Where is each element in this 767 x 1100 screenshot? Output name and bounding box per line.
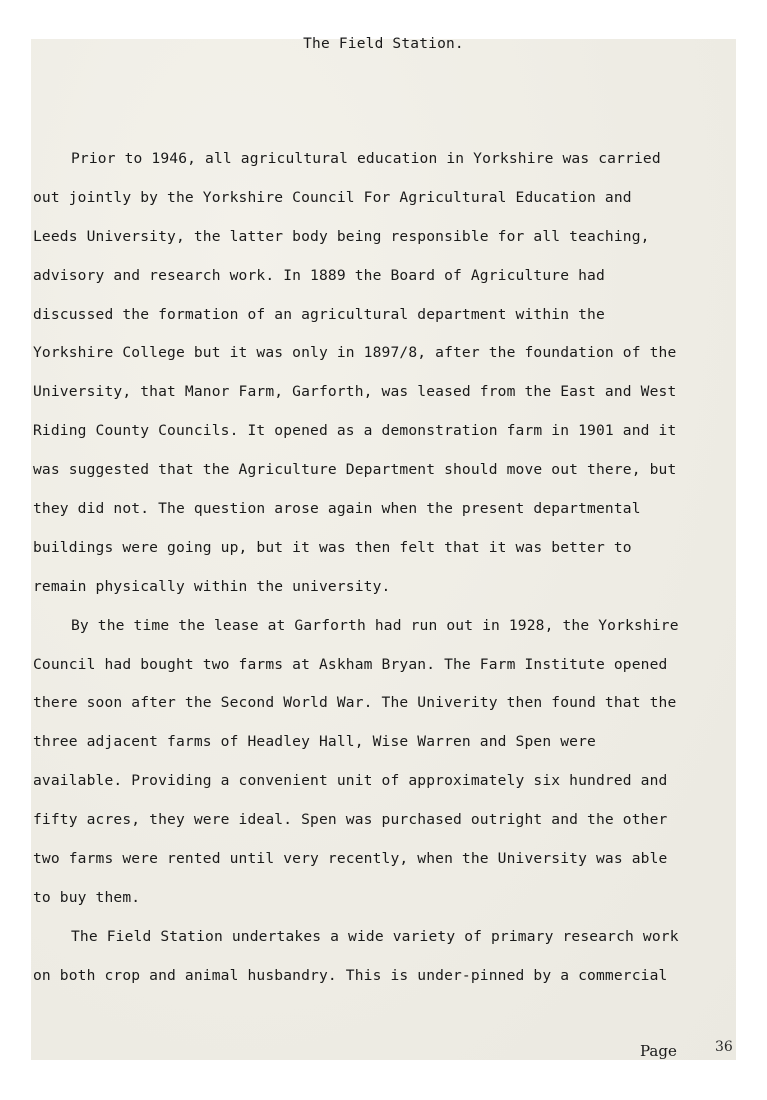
- text-line: they did not. The question arose again w…: [33, 497, 739, 536]
- text-line: out jointly by the Yorkshire Council For…: [33, 186, 739, 225]
- text-line: University, that Manor Farm, Garforth, w…: [33, 380, 739, 419]
- page-title: The Field Station.: [31, 36, 736, 52]
- text-line: remain physically within the university.: [33, 575, 739, 614]
- document-page: The Field Station. Prior to 1946, all ag…: [31, 39, 736, 1060]
- text-line: By the time the lease at Garforth had ru…: [33, 614, 739, 653]
- text-line: was suggested that the Agriculture Depar…: [33, 458, 739, 497]
- text-line: Prior to 1946, all agricultural educatio…: [33, 147, 739, 186]
- page-label: Page: [640, 1042, 677, 1060]
- text-line: Council had bought two farms at Askham B…: [33, 653, 739, 692]
- page-number: 36: [715, 1039, 733, 1055]
- text-line: on both crop and animal husbandry. This …: [33, 964, 739, 1003]
- text-line: Riding County Councils. It opened as a d…: [33, 419, 739, 458]
- text-line: three adjacent farms of Headley Hall, Wi…: [33, 730, 739, 769]
- text-line: discussed the formation of an agricultur…: [33, 303, 739, 342]
- text-line: to buy them.: [33, 886, 739, 925]
- body-text: Prior to 1946, all agricultural educatio…: [33, 147, 739, 1003]
- text-line: there soon after the Second World War. T…: [33, 691, 739, 730]
- page-footer: Page 36: [31, 1039, 736, 1063]
- text-line: two farms were rented until very recentl…: [33, 847, 739, 886]
- text-line: Yorkshire College but it was only in 189…: [33, 341, 739, 380]
- text-line: buildings were going up, but it was then…: [33, 536, 739, 575]
- text-line: The Field Station undertakes a wide vari…: [33, 925, 739, 964]
- text-line: Leeds University, the latter body being …: [33, 225, 739, 264]
- text-line: advisory and research work. In 1889 the …: [33, 264, 739, 303]
- text-line: available. Providing a convenient unit o…: [33, 769, 739, 808]
- text-line: fifty acres, they were ideal. Spen was p…: [33, 808, 739, 847]
